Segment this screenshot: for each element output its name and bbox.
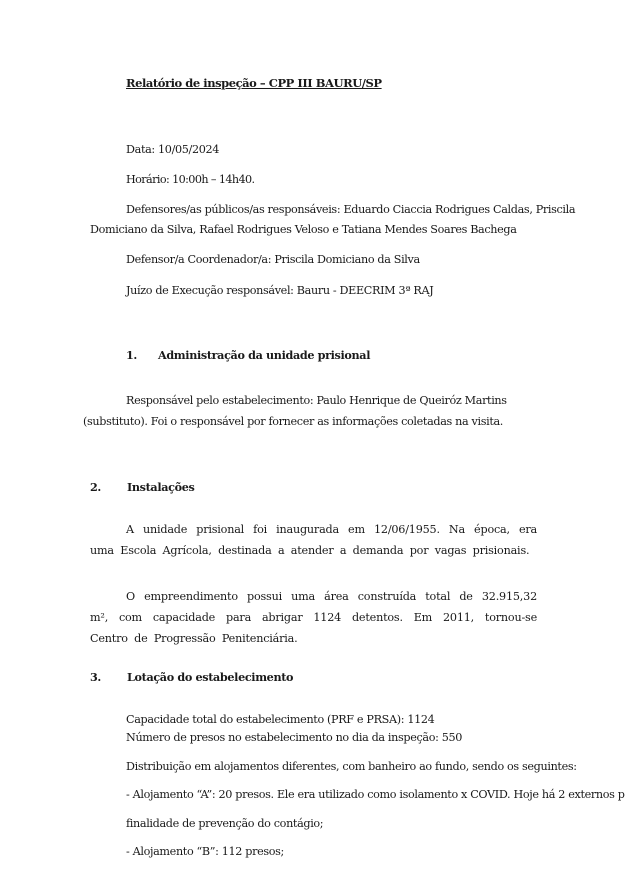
section-3-line-capacidade: Capacidade total do estabelecimento (PRF…: [126, 713, 434, 727]
field-defensores-line2: Domiciano da Silva, Rafael Rodrigues Vel…: [90, 223, 517, 237]
section-2-heading: 2.Instalações: [90, 480, 194, 494]
field-defensores-line1: Defensores/as públicos/as responsáveis: …: [126, 203, 575, 217]
section-2-paragraph-1: A unidade prisional foi inaugurada em 12…: [90, 519, 537, 561]
section-3-number: 3.: [90, 670, 127, 684]
section-1-title: Administração da unidade prisional: [158, 348, 370, 362]
section-1-number: 1.: [126, 348, 158, 362]
section-3-heading: 3.Lotação do estabelecimento: [90, 670, 293, 684]
field-juizo: Juízo de Execução responsável: Bauru - D…: [126, 284, 433, 298]
section-3-line-alojamento-a: - Alojamento “A”: 20 presos. Ele era uti…: [126, 788, 625, 802]
section-1-line-1: Responsável pelo estabelecimento: Paulo …: [126, 394, 507, 408]
field-data: Data: 10/05/2024: [126, 143, 219, 157]
section-3-line-distribuicao: Distribuição em alojamentos diferentes, …: [126, 760, 577, 774]
field-horario: Horário: 10:00h – 14h40.: [126, 173, 254, 187]
section-3-line-presos: Número de presos no estabelecimento no d…: [126, 731, 462, 745]
section-3-title: Lotação do estabelecimento: [127, 670, 293, 684]
section-1-line-2: (substituto). Foi o responsável por forn…: [83, 415, 503, 429]
section-2-title: Instalações: [127, 480, 194, 494]
section-3-line-alojamento-a-cont: finalidade de prevenção do contágio;: [126, 817, 323, 831]
document-title: Relatório de inspeção – CPP III BAURU/SP: [126, 76, 382, 90]
section-2-number: 2.: [90, 480, 127, 494]
section-3-line-alojamento-b: - Alojamento “B”: 112 presos;: [126, 845, 284, 859]
field-coordenador: Defensor/a Coordenador/a: Priscila Domic…: [126, 253, 420, 267]
section-2-paragraph-2: O empreendimento possui uma área constru…: [90, 586, 537, 649]
section-1-heading: 1.Administração da unidade prisional: [126, 348, 370, 362]
